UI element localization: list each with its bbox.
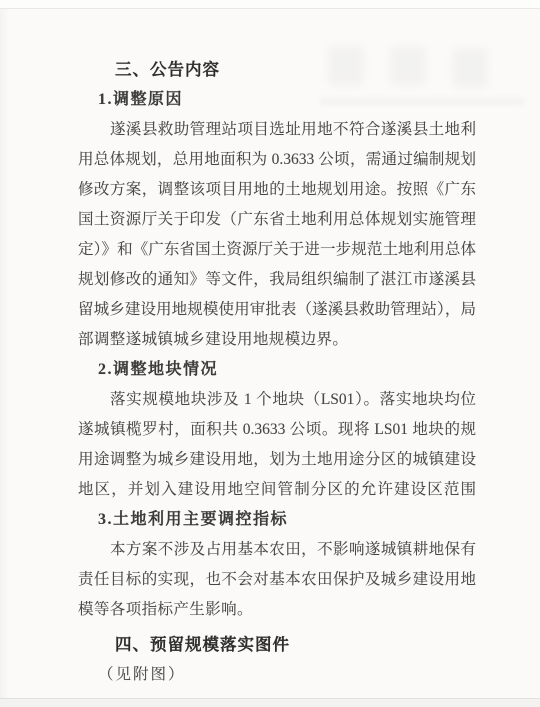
text-line: 用途调整为城乡建设用地，划为土地用途分区的城镇建设用 (78, 445, 476, 475)
text-line: 落实规模地块涉及 1 个地块（LS01）。落实地块均位于 (78, 385, 476, 415)
paragraph-land-use-indicators: 本方案不涉及占用基本农田，不影响遂城镇耕地保有量 责任目标的实现，也不会对基本农… (78, 535, 476, 625)
subheading-land-use-indicators: 3.土地利用主要调控指标 (78, 505, 476, 535)
subheading-adjustment-reason: 1.调整原因 (78, 85, 476, 115)
subheading-parcel-adjustment: 2.调整地块情况 (78, 355, 476, 385)
text-line: 本方案不涉及占用基本农田，不影响遂城镇耕地保有量 (78, 535, 476, 565)
text-line: 用总体规划，总用地面积为 0.3633 公顷，需通过编制规划 (78, 145, 476, 175)
scanned-announcement-page: 三、公告内容 1.调整原因 遂溪县救助管理站项目选址用地不符合遂溪县土地利 用总… (0, 0, 540, 707)
scan-bottom-edge (0, 698, 540, 707)
text-line: 地区，并划入建设用地空间管制分区的允许建设区范围内。 (78, 475, 476, 505)
paragraph-adjustment-reason: 遂溪县救助管理站项目选址用地不符合遂溪县土地利 用总体规划，总用地面积为 0.3… (78, 115, 476, 355)
text-line: 模等各项指标产生影响。 (78, 595, 476, 625)
text-line: 留城乡建设用地规模使用审批表（遂溪县救助管理站），局 (78, 295, 476, 325)
text-line: 修改方案，调整该项目用地的土地规划用途。按照《广东省 (78, 175, 476, 205)
section-heading-reserved-scale-maps: 四、预留规模落实图件 (78, 630, 476, 660)
document-content: 三、公告内容 1.调整原因 遂溪县救助管理站项目选址用地不符合遂溪县土地利 用总… (0, 0, 540, 690)
section-heading-announcement-content: 三、公告内容 (78, 55, 476, 85)
text-line: 国土资源厅关于印发（广东省土地利用总体规划实施管理规 (78, 205, 476, 235)
text-line: 定）》和《广东省国土资源厅关于进一步规范土地利用总体 (78, 235, 476, 265)
text-line: 部调整遂城镇城乡建设用地规模边界。 (78, 325, 476, 355)
text-line: 规划修改的通知》等文件，我局组织编制了湛江市遂溪县预 (78, 265, 476, 295)
text-line: 遂溪县救助管理站项目选址用地不符合遂溪县土地利 (78, 115, 476, 145)
attachment-note: （见附图） (78, 660, 476, 690)
text-line: 责任目标的实现，也不会对基本农田保护及城乡建设用地规 (78, 565, 476, 595)
text-line: 遂城镇榄罗村，面积共 0.3633 公顷。现将 LS01 地块的规划 (78, 415, 476, 445)
paragraph-parcel-adjustment: 落实规模地块涉及 1 个地块（LS01）。落实地块均位于 遂城镇榄罗村，面积共 … (78, 385, 476, 505)
